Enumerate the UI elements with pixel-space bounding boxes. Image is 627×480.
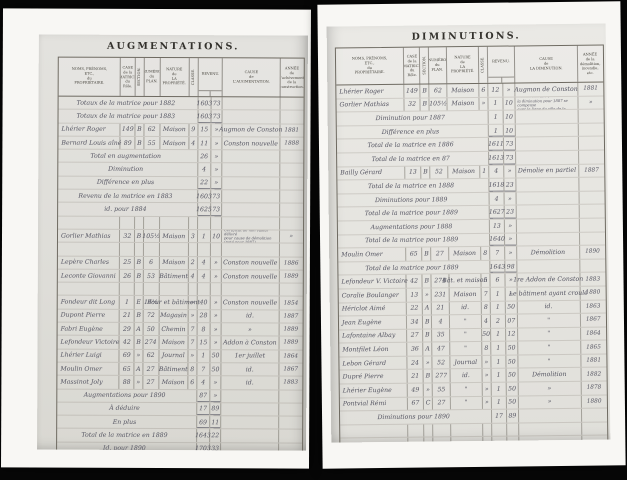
cell-name: Hériclot Aimé [339,302,407,315]
cell-section: E [135,296,144,308]
cell-plan: 62 [144,124,160,136]
summary-row: Totaux de la matrice pour 1883160373 [59,110,304,124]
summary-label: En plus [57,416,197,429]
cell-section: » [135,350,144,362]
revenu-subcolumns [198,90,222,96]
cell-plan: 6 [144,257,160,269]
cell-plan: 53 [144,270,160,282]
cell-rev-centimes: » [505,219,517,232]
cell-annee: 1889 [279,324,302,336]
cell-case: 149 [404,85,420,98]
cell-case: 22 [407,302,423,315]
cell-rev-centimes: » [211,164,222,176]
cell-nature: Maison [160,124,189,136]
cell-cause: id. [518,300,581,313]
cell-cause [221,403,279,416]
cell-rev-francs: 1 [197,350,211,362]
cell-cause: " [518,327,581,340]
cell-classe: 1 [480,165,489,178]
cell-cause [222,217,280,230]
cell-section: B [135,256,144,268]
summary-row: Augmentations pour 189087» [57,389,302,403]
cell-cause: id. [222,310,280,323]
cell-nature: Maison [447,97,479,110]
cell-rev-francs: 1618 [490,179,505,192]
cell-rev-francs: 2 [491,315,506,328]
cell-cause [223,97,281,110]
cell-cause: Certificat de non valeur délivré pour ca… [222,230,280,243]
cell-cause [515,110,578,123]
cell-case: 65 [406,248,422,261]
cell-name: Coralie Boulanger [339,289,407,302]
cell-plan: 4 [432,315,449,328]
cell-case: 13 [407,288,423,301]
cell-cause [222,190,280,203]
cell-rev-francs: 1 [489,97,504,110]
col-header-annee-achevement: ANNÉE de l'achèvement de la construction… [280,59,303,97]
cell-case: 42 [407,275,423,288]
cell-section: B [423,275,432,288]
cell-annee [280,217,303,229]
cell-rev-francs: 4 [489,165,504,178]
cell-annee: 1864 [279,350,302,362]
cell-case: 26 [120,270,135,282]
cell-rev-francs: 4 [197,257,211,269]
cell-annee [582,409,608,422]
cell-case: 89 [121,137,136,149]
cell-annee: 1888 [280,137,303,149]
entry-row: Bernard Louis aîné89B55Maison411»Conston… [58,136,303,150]
cell-case: 34 [407,316,423,329]
revenu-centimes-subcol [502,78,514,83]
cell-nature: id. [450,301,482,314]
cell-cause [519,436,582,442]
cell-rev-francs: 26 [198,150,212,162]
cell-rev-francs: 1 [491,301,506,314]
cell-name: Lefondeur V. Victoire [338,275,406,288]
cell-case [408,424,424,437]
cell-rev-francs: 4 [198,164,212,176]
cell-section: A [135,323,144,335]
cell-cause: Conston nouvelle [222,137,280,150]
summary-label: Total de la matrice en 87 [337,152,489,166]
cell-cause: » [519,395,582,408]
cell-annee [279,284,302,296]
col-header-proprietaire: NOMS, PRÉNOMS, ETC., du PROPRIÉTAIRE. [59,58,122,96]
entry-row: Lefondeur Victoire42B274Maison715»Addon … [58,336,303,350]
cell-section [424,438,433,443]
summary-label: Diminution pour 1887 [337,111,489,125]
cell-cause: " [518,355,581,368]
cell-case: 149 [121,123,136,135]
cell-rev-francs: 87 [197,390,211,402]
cell-nature: Journal [159,350,188,362]
cell-rev-francs: 1643 [490,260,505,273]
cell-section: A [135,363,144,375]
cell-annee [279,443,302,450]
cell-annee: 1854 [279,297,302,309]
cell-annee [280,204,303,216]
col-header-nature-propriete: NATURE de LA PROPRIÉTÉ. [447,47,479,83]
cell-annee: 1880 [580,286,606,299]
cell-annee [580,259,606,272]
blank-row [58,243,303,257]
cell-annee: 1863 [580,300,606,313]
cell-name: Lhérier Roger [336,85,404,98]
cell-rev-centimes: 73 [212,111,223,123]
cell-annee [579,150,605,163]
summary-row: id. pour 1884162573 [58,203,303,217]
col-header-nature-propriete: NATURE de LA PROPRIÉTÉ. [160,58,190,96]
cell-annee: 1886 [280,257,303,269]
entry-row: Lhérier Luigi69»62Journal»1501er juillet… [57,349,302,363]
cell-rev-centimes [507,423,519,436]
cell-nature [159,283,188,295]
cell-section: » [423,288,432,301]
cell-classe: » [482,356,491,369]
cell-rev-centimes: 11 [210,416,221,428]
cell-rev-francs: 7 [490,247,505,260]
cell-cause [221,390,279,403]
cell-case: 67 [408,397,424,410]
cell-rev-centimes: 10 [503,97,515,110]
col-header-classe: CLASSE. [479,47,489,83]
summary-row: Totaux de la matrice pour 1882160373 [59,97,304,111]
cell-plan [144,217,160,229]
cell-rev-centimes [211,283,222,295]
entry-row: Moulin Omer65A27Bâtiment8750id.1867 [57,363,302,377]
cell-case: 21 [408,370,424,383]
cell-nature: Maison [448,165,480,178]
cell-nature [160,217,189,229]
cell-name: Lebon Gérard [339,357,407,370]
cell-plan [434,424,451,437]
cell-rev-francs: 17 [492,410,507,423]
summary-label: Total de la matrice en 1888 [337,179,489,193]
cell-annee: 1881 [581,354,607,367]
cell-cause [222,150,280,163]
cell-case [120,283,135,295]
cell-section: B [424,370,433,383]
cell-rev-centimes: 89 [507,410,519,423]
cell-plan: 27 [433,397,450,410]
cell-rev-francs: 1625 [198,204,212,216]
cell-nature: Maison [160,257,189,269]
cell-rev-centimes: » [211,323,222,335]
cell-name: Massinot Joly [57,376,120,389]
cell-section: B [422,248,431,261]
augmentations-table-body: Totaux de la matrice pour 1882160373Tota… [57,97,304,451]
cell-name [58,243,121,256]
cell-rev-francs: 22 [198,177,212,189]
cell-annee [578,110,604,123]
cell-nature: Maison [449,288,481,301]
cell-annee [579,205,605,218]
col-header-case-matrice: CASE de la MATRICE du Rôle. [121,58,136,96]
cell-nature: Maison [449,247,481,260]
cell-annee [578,137,604,150]
summary-row: Total de la matrice en 1889164322 [57,429,302,443]
cell-annee [279,403,302,415]
cell-case: 49 [408,384,424,397]
cell-rev-centimes: » [211,137,222,149]
cell-classe: » [483,396,492,409]
cell-name: Fabri Eugène [58,323,121,336]
entry-row: Lepère Charles25B6Maison24»Conston nouve… [58,256,303,270]
summary-label: Id. pour 1890 [57,442,197,450]
cell-annee [279,417,302,429]
blank-row [58,283,303,297]
cell-case [120,243,135,255]
diminutions-table-body: Lhérier Roger149B62Maison612»Augmon de C… [336,82,607,442]
cell-classe: 8 [482,301,491,314]
cell-cause: Le bâtiment ayant croulé [517,287,580,300]
cell-rev-francs: 1 [492,396,507,409]
cell-name: Pontvial Rémi [340,397,408,410]
cell-rev-francs: 12 [488,84,503,97]
cell-rev-centimes: » [211,337,222,349]
cell-plan: 50 [143,323,159,335]
cell-rev-francs: 1603 [198,190,212,202]
cell-nature: " [450,315,482,328]
cell-cause [221,416,279,429]
cell-annee [280,111,303,123]
summary-label: Total de la matrice pour 1889 [338,261,490,275]
summary-row: Différence en plus22» [58,176,303,190]
cell-nature: " [450,329,482,342]
cell-rev-francs: 1 [489,111,504,124]
cell-rev-francs [492,423,507,436]
cell-cause: " [518,314,581,327]
cell-cause [517,205,580,218]
cell-case: 88 [120,376,135,388]
cell-section: » [424,384,433,397]
col-header-section: SECTION. [136,58,145,96]
cell-classe: 9 [189,124,198,136]
cell-name [58,283,121,296]
cell-cause [222,177,280,190]
summary-label: Différence en plus [337,125,489,139]
cell-name: Bailly Gérard [337,166,405,179]
summary-label: id. pour 1884 [58,203,198,216]
summary-label: Diminutions pour 1890 [340,410,492,424]
cell-case [408,438,424,443]
cell-section: B [135,270,144,282]
cell-section: C [424,397,433,410]
cell-plan: 27 [143,376,159,388]
cell-annee: 1881 [280,124,303,136]
cell-plan: 55 [433,383,450,396]
col-header-numero-plan: NUMÉRO du PLAN. [144,58,160,96]
cell-cause [221,443,279,451]
cell-rev-francs: 4 [197,270,211,282]
revenu-francs-subcol [488,78,501,83]
cell-section: B [420,84,429,97]
cell-cause [516,137,579,150]
cell-annee: 1864 [581,327,607,340]
cell-cause [222,204,280,217]
scanned-ledger-photo: { "left_page": { "title": "AUGMENTATIONS… [0,0,627,480]
cell-rev-francs: 1613 [489,152,504,165]
cell-annee: 1882 [581,368,607,381]
cell-case: 36 [407,343,423,356]
cell-annee [279,430,302,442]
cell-rev-francs: 15 [197,337,211,349]
cell-cause: 1er juillet [222,350,280,363]
cell-cause [517,219,580,232]
cell-classe: 3 [189,230,198,242]
cell-rev-francs: 40 [197,297,211,309]
cell-annee [280,164,303,176]
diminutions-page: DIMINUTIONS. NOMS, PRÉNOMS, ETC., du PRO… [327,23,611,442]
cell-rev-centimes: 33 [210,443,221,451]
cell-rev-centimes: 12 [506,328,518,341]
summary-row: À déduire1789 [57,402,302,416]
entry-row: Gorlier Mathias32B105½Maison3110Certific… [58,230,303,244]
cell-section [135,217,144,229]
cell-classe: 7 [189,336,198,348]
cell-nature: Maison [159,336,188,348]
cell-cause: Démolition [517,246,580,259]
cell-rev-francs: 15 [198,124,212,136]
cell-rev-centimes: » [505,233,517,246]
cell-rev-centimes: 50 [506,342,518,355]
cell-name [340,438,408,442]
cell-nature [451,437,483,442]
col-header-cause-diminution: CAUSE de LA DIMINUTION. [515,46,578,83]
cell-annee: 1887 [579,164,605,177]
cell-rev-francs: 4 [197,376,211,388]
cell-name: Gorlier Mathias [58,230,121,243]
cell-case: 69 [120,349,135,361]
cell-annee: 1867 [279,363,302,375]
cell-rev-centimes: » [210,390,221,402]
cell-rev-francs [198,243,212,255]
summary-row: Revenu de la matrice en 1883160373 [58,190,303,204]
col-header-numero-plan: NUMÉRO du PLAN. [429,47,447,83]
diminutions-table: NOMS, PRÉNOMS, ETC., du PROPRIÉTAIRE. CA… [335,44,609,442]
cell-name [340,425,408,438]
cell-rev-centimes: » [210,376,221,388]
entry-row: Massinot Joly88»27Maison64»id.1883 [57,376,302,390]
cell-annee: » [280,231,303,243]
cell-nature: id. [450,369,482,382]
cell-classe: 2 [189,257,198,269]
cell-rev-francs: 1 [491,328,506,341]
cell-annee [578,123,604,136]
cell-case: 21 [120,310,135,322]
cell-rev-francs [198,217,212,229]
cell-cause: Augmon de Conston [515,83,578,96]
cell-nature: Bâtiment [159,270,188,282]
cell-cause [516,124,579,137]
summary-row: Id. pour 1890170333 [57,442,302,450]
cell-plan: 105½ [144,230,160,242]
cell-cause: " [518,341,581,354]
cell-cause: » [222,323,280,336]
cell-annee [582,422,608,435]
revenu-subcolumns [488,77,514,83]
cell-plan: 52 [433,356,450,369]
cell-rev-francs: 1640 [490,233,505,246]
cell-classe: 4 [189,270,198,282]
augmentations-table-header: NOMS, PRÉNOMS, ETC., du PROPRIÉTAIRE. CA… [59,58,304,98]
cell-rev-francs: 1 [489,124,504,137]
cell-cause [516,151,579,164]
cell-name: Moulin Omer [57,363,120,376]
cell-section: B [135,336,144,348]
cell-section: B [136,124,145,136]
cell-classe: 8 [481,247,490,260]
cell-rev-francs [492,437,507,443]
col-header-revenu: REVENU. [198,58,223,96]
cell-rev-francs: 1 [198,230,212,242]
cell-cause [222,164,280,177]
cell-rev-francs: 11 [198,137,212,149]
cell-nature: " [450,342,482,355]
cell-plan [434,438,451,443]
cell-classe [189,243,198,255]
blank-row [58,216,303,230]
cell-classe: » [479,97,488,110]
cell-classe: 6 [188,376,197,388]
cell-classe: » [482,369,491,382]
cell-rev-centimes: 73 [504,151,516,164]
entry-row: Leconte Giovanni26B53Bâtiment44»Conston … [58,269,303,283]
col-header-revenu: REVENU. [488,46,515,82]
cell-rev-francs: 17 [197,403,211,415]
summary-label: Diminution [58,163,198,176]
cell-rev-centimes: 50 [507,396,519,409]
cell-annee [280,244,303,256]
cell-rev-centimes: » [211,270,222,282]
cell-classe [483,437,492,442]
summary-label: Augmentations pour 1890 [57,389,197,402]
cell-rev-centimes: 50 [506,301,518,314]
cell-rev-francs: 7 [197,363,211,375]
cell-section [135,283,144,295]
cell-classe: » [482,383,491,396]
cell-annee: 1880 [581,395,607,408]
entry-row: Lhérier Roger149B62Maison915»Augmon de C… [58,123,303,137]
cell-cause: Démolie en partiel [516,164,579,177]
summary-label: Total de la matrice pour 1889 [338,233,490,247]
cell-plan: 72 [143,310,159,322]
cell-section: B [423,316,432,329]
cell-plan: 27 [432,247,449,260]
cell-case: 13 [405,166,421,179]
col-header-case-matrice: CASE de la MATRICE du Rôle. [404,48,420,84]
cell-rev-centimes: 98 [505,260,517,273]
cell-case [121,217,136,229]
cell-rev-centimes [211,217,222,229]
cell-rev-centimes: 23 [505,206,517,219]
augmentations-table: NOMS, PRÉNOMS, ETC., du PROPRIÉTAIRE. CA… [56,57,305,451]
cell-annee: » [578,96,604,109]
cell-rev-francs: 1 [491,342,506,355]
cell-classe: » [188,350,197,362]
summary-label: Totaux de la matrice pour 1882 [59,97,199,110]
cell-section: A [423,302,432,315]
cell-plan: 62 [430,84,447,97]
cell-name: Lhérier Eugène [340,384,408,397]
cell-cause [221,430,279,443]
cell-annee [280,177,303,189]
cell-classe [189,283,198,295]
cell-plan: 35 [433,329,450,342]
cell-nature [451,424,483,437]
summary-label: Revenu de la matrice en 1883 [58,190,198,203]
